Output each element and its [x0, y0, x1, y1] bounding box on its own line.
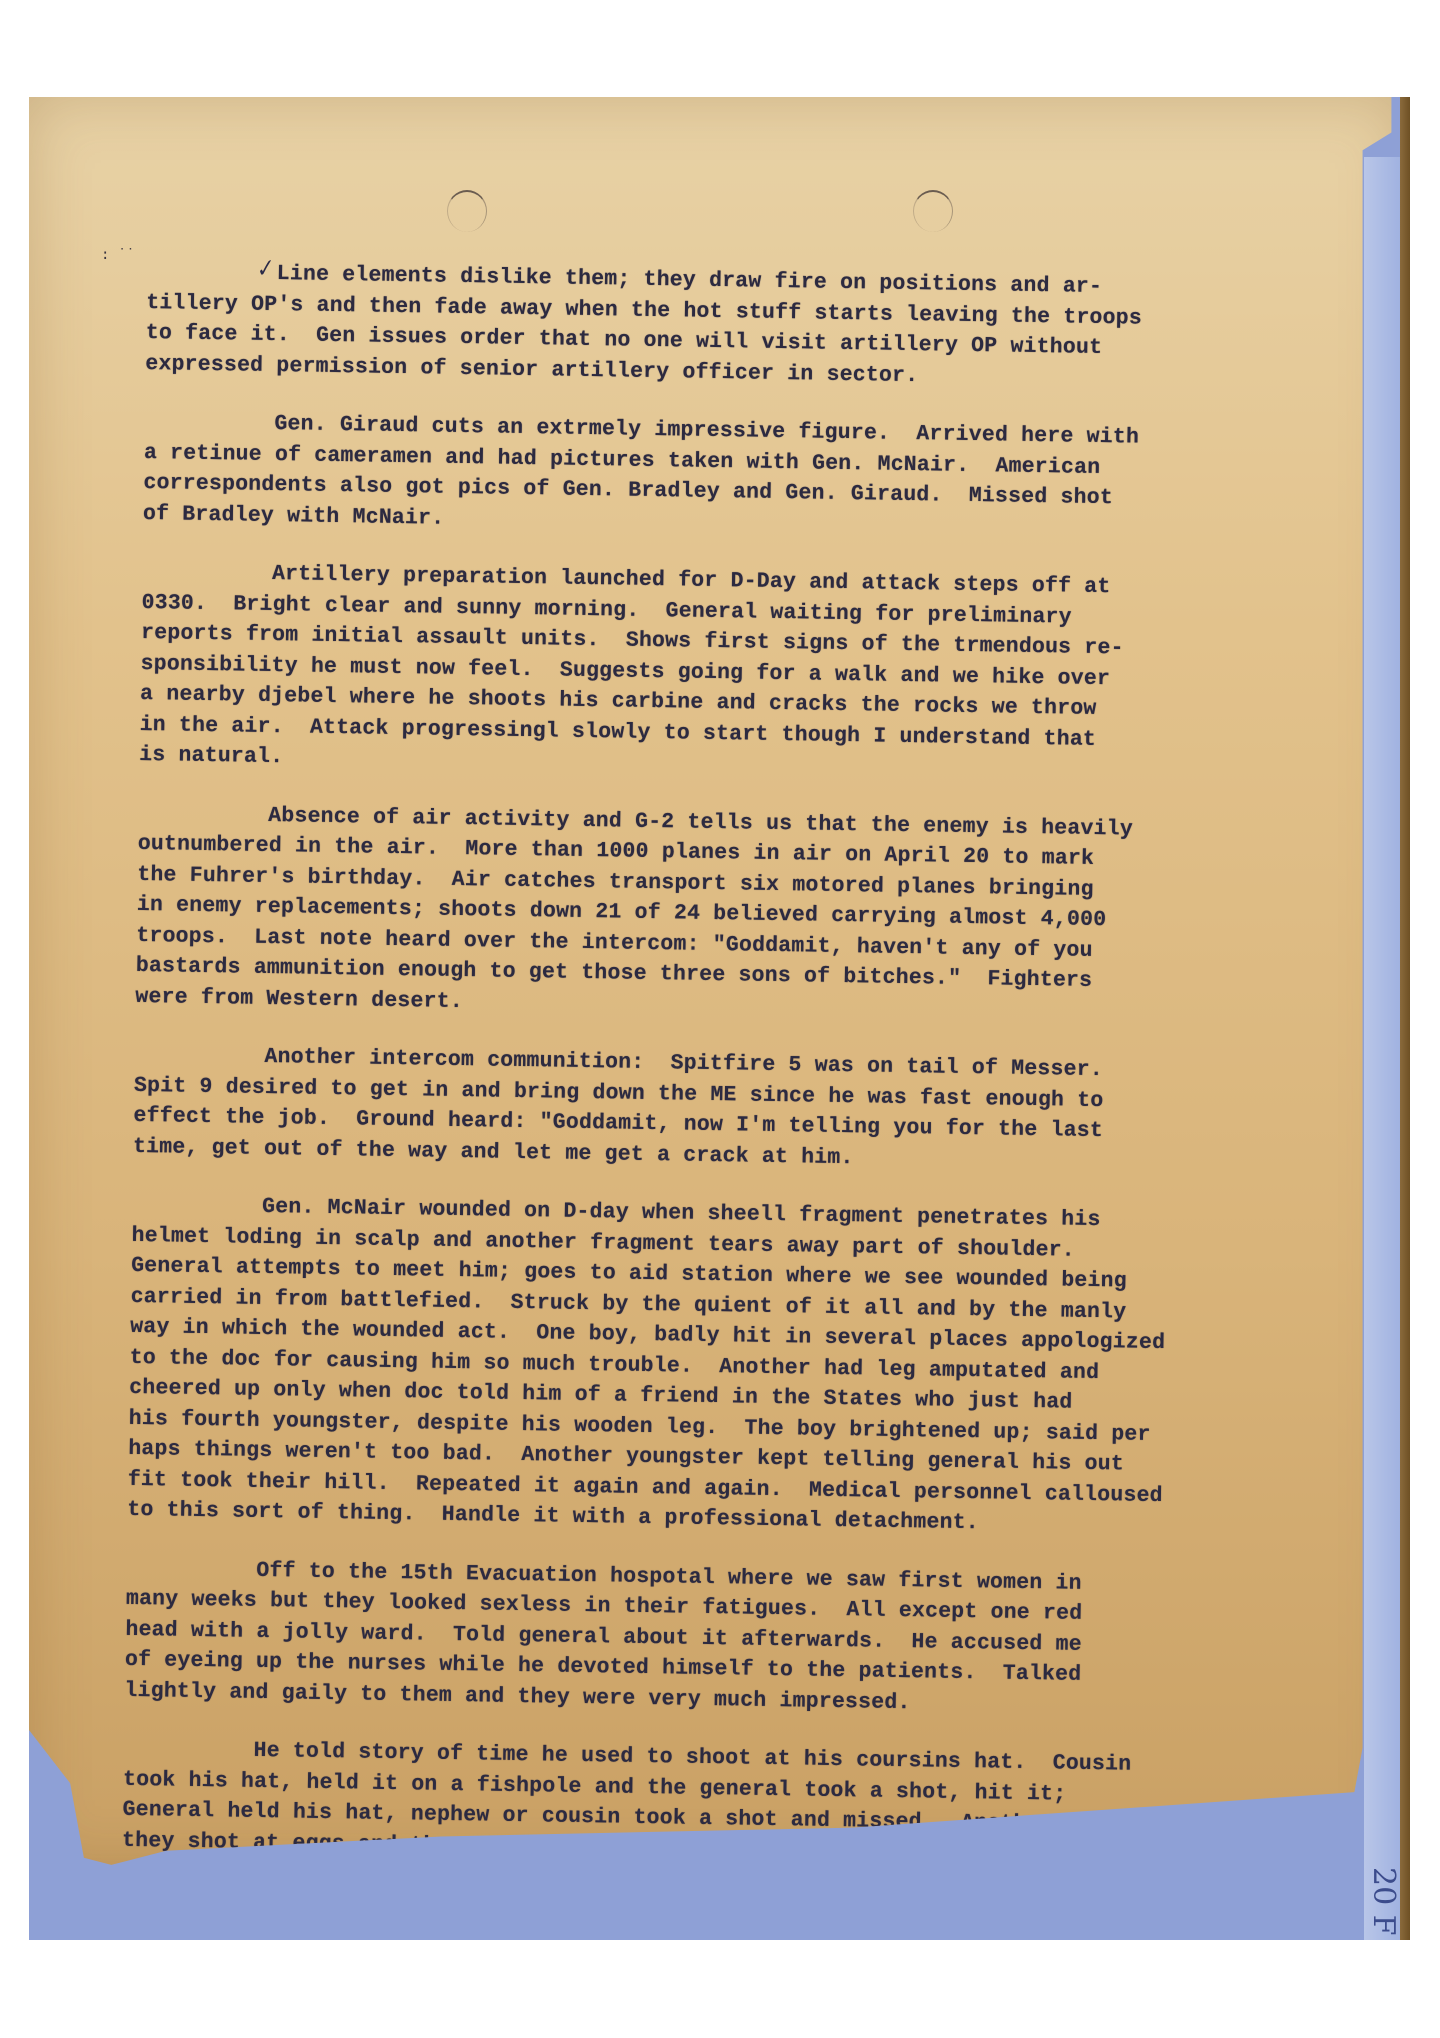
- background-margin: [1364, 157, 1402, 1940]
- paragraph: Absence of air activity and G-2 tells us…: [135, 798, 1258, 1029]
- paragraph: Gen. McNair wounded on D-day when sheell…: [127, 1190, 1252, 1543]
- handwritten-margin-note: 20 F: [1366, 1867, 1401, 1936]
- photo-edge: [1400, 97, 1410, 1940]
- text-line: got an omlet on the head when a bullet c…: [121, 1886, 1241, 1934]
- text-line: they shot at eggs and the cousin through…: [122, 1825, 1242, 1873]
- document-body: Line elements dislike them; they draw fi…: [120, 257, 1266, 1940]
- paragraph: Gen. Giraud cuts an extrmely impressive …: [143, 407, 1265, 547]
- stray-ink-marks: : ˙˙: [101, 247, 135, 263]
- text-line: general to shoot at, intending to catch …: [121, 1856, 1241, 1904]
- paragraph: Artillery preparation launched for D-Day…: [139, 557, 1262, 788]
- paragraph: He told story of time he used to shoot a…: [121, 1734, 1244, 1935]
- paragraph: Another intercom communition: Spitfire 5…: [133, 1040, 1255, 1180]
- paragraph: Line elements dislike them; they draw fi…: [145, 257, 1267, 397]
- typewritten-page: : ˙˙ ✓ Line elements dislike them; they …: [29, 97, 1401, 1872]
- punch-hole-icon: [447, 190, 487, 232]
- paragraph: Off to the 15th Evacuation hospotal wher…: [124, 1553, 1246, 1723]
- document-photo: : ˙˙ ✓ Line elements dislike them; they …: [29, 97, 1410, 1940]
- punch-hole-icon: [913, 190, 953, 232]
